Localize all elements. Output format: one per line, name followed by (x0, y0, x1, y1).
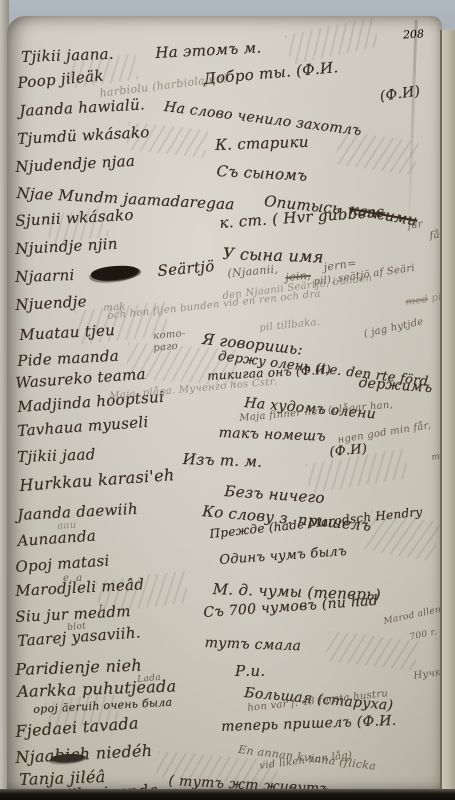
handwriting-line: Njuindje njin (15, 237, 118, 257)
handwriting-line: К. старики (215, 135, 309, 153)
handwriting-line: Sjunii wkásako (15, 208, 134, 229)
handwriting-line: Pide maanda (17, 349, 119, 369)
ink-smudge (326, 631, 419, 672)
handwriting-line: (Njaanii, (227, 264, 279, 279)
handwriting-line: тутъ смала (205, 636, 302, 653)
ink-blot (90, 264, 139, 283)
handwriting-line: (Ф.И) (379, 84, 421, 104)
manuscript-photo: 208 Tjikii jaana.На этомъ м.Poop jileäkh… (0, 0, 455, 800)
handwriting-line: Изъ т. м. (182, 452, 262, 470)
handwriting-line: Aunaanda (17, 529, 97, 549)
page-number: 208 (403, 27, 425, 41)
handwriting-line: Njaarni (15, 268, 75, 285)
handwriting-line: На этомъ м. (155, 40, 262, 61)
handwriting-line: Tjikii jaana. (21, 47, 114, 65)
handwriting-line: med (405, 295, 429, 308)
handwriting-line: Р.и. (235, 664, 266, 679)
handwriting-line: Njaabich niedéh (15, 743, 153, 766)
handwriting-line: Fjedaei tavada (15, 715, 139, 740)
page-crease (407, 20, 417, 230)
handwriting-line: (Ф.И) (329, 443, 368, 459)
handwriting-line: Seärtjö (157, 259, 215, 279)
handwriting-line: к. ст. ( Hvr gubbens (219, 204, 385, 231)
handwriting-line: кото- (153, 329, 186, 342)
manuscript-page: 208 Tjikii jaana.На этомъ м.Poop jileäkh… (7, 16, 442, 790)
handwriting-line: får (407, 220, 424, 232)
handwriting-line: Wasureko teama (15, 367, 146, 391)
handwriting-line: раго (153, 342, 178, 354)
handwriting-line: такъ номешъ (219, 426, 327, 444)
handwriting-line: Jaanda daewiih (17, 502, 138, 523)
handwriting-line: держимъ (358, 376, 433, 395)
handwriting-line: Съ сыномъ (216, 164, 308, 184)
handwriting-line: Одинъ чумъ былъ (219, 545, 347, 567)
handwriting-line: Marod allena (383, 605, 448, 627)
handwriting-line: Opoj matasi (15, 553, 110, 575)
table-surface (0, 789, 455, 800)
handwriting-line: Безъ ничего (224, 484, 325, 506)
handwriting-line: ( jag hytjde (363, 317, 425, 339)
handwriting-line: Добро ты. (Ф.И. (203, 60, 339, 87)
handwriting-line: blot (67, 622, 87, 633)
handwriting-line: pil tillbaka. (259, 318, 321, 334)
handwriting-line: Poop jileäk (17, 68, 104, 90)
handwriting-line: Tjikii jaad (17, 447, 96, 465)
handwriting-line: Hurkkau karasi'eh (19, 467, 175, 494)
handwriting-line: Tavhaua myuseli (17, 415, 149, 439)
handwriting-line: t (99, 604, 103, 614)
handwriting-line: Paridienje nieh (15, 658, 142, 678)
handwriting-line: Jaanda hawialü. (19, 97, 145, 119)
handwriting-line: 700 r. (409, 628, 438, 643)
handwriting-line: Njudendje njaa (15, 154, 135, 175)
book-fore-edge-pages (440, 30, 455, 790)
handwriting-line: теперь пришелъ (Ф.И. (221, 714, 397, 734)
handwriting-line: Njuendje (15, 294, 87, 313)
